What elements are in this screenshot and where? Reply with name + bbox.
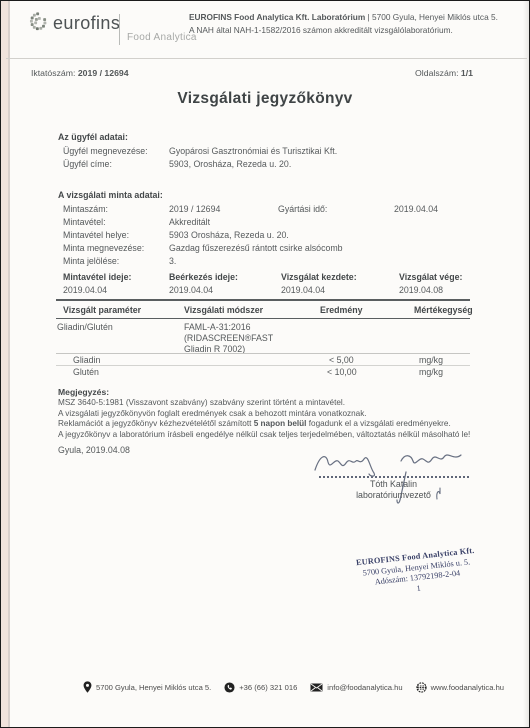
page-title: Vizsgálati jegyzőkönyv (1, 90, 529, 108)
location-pin-icon (83, 681, 92, 693)
signature-block: Tóth Katalin laboratóriumvezető (301, 448, 486, 501)
company-stamp: EUROFINS Food Analytica Kft. 5700 Gyula,… (331, 543, 503, 603)
brand-division: Food Analytica (127, 32, 197, 43)
table-group-method: FAML-A-31:2016 (RIDASCREEN®FAST Gliadin … (184, 322, 273, 355)
test-start-value: 2019.04.04 (281, 284, 399, 297)
test-end-value: 2019.04.08 (399, 284, 443, 297)
client-row: Ügyfél megnevezése: Gyopárosi Gasztronóm… (58, 145, 337, 158)
notes-heading: Megjegyzés: (58, 387, 488, 397)
method-line: FAML-A-31:2016 (184, 322, 273, 333)
arrival-date-label: Beérkezés ideje: (169, 271, 281, 284)
table-group-parameter: Gliadin/Glutén (57, 322, 113, 332)
sample-name-value: Gazdag fűszerezésű rántott csirke alsóco… (169, 242, 343, 255)
footer-website: www.foodanalytica.hu (416, 682, 504, 693)
scan-shadow (523, 1, 529, 727)
registration-number: Iktatószám: 2019 / 12694 (31, 68, 129, 78)
phone-icon (224, 682, 235, 693)
sampling-type-value: Akkreditált (169, 216, 210, 229)
dates-labels-row: Mintavétel ideje: Beérkezés ideje: Vizsg… (58, 271, 462, 284)
notes-line3-pre: Reklamációt a jegyzőkönyv kézhezvételétő… (58, 419, 254, 428)
table-header-parameter: Vizsgált paraméter (63, 305, 141, 315)
sample-number-value: 2019 / 12694 (169, 203, 278, 216)
result-row-unit: mg/kg (419, 355, 443, 365)
signer-name: Tóth Katalin (301, 479, 486, 490)
sample-row: Mintavétel helye: 5903 Orosháza, Rezeda … (58, 229, 438, 242)
result-row-parameter: Gliadin (73, 355, 100, 365)
client-address-value: 5903, Orosháza, Rezeda u. 20. (169, 158, 291, 171)
sample-marking-value: 3. (169, 255, 176, 268)
table-header-rule (56, 318, 470, 319)
footer-address-text: 5700 Gyula, Henyei Miklós utca 5. (96, 683, 211, 692)
table-top-rule (56, 299, 470, 301)
registration-number-label: Iktatószám: (31, 68, 78, 78)
arrival-date-value: 2019.04.04 (169, 284, 281, 297)
method-line: (RIDASCREEN®FAST (184, 333, 273, 344)
lab-address: | 5700 Gyula, Henyei Miklós utca 5. (365, 12, 498, 22)
result-row-result: < 5,00 (329, 355, 354, 365)
test-end-label: Vizsgálat vége: (399, 271, 462, 284)
notes-line: A vizsgálati jegyzőkönyvön foglalt eredm… (58, 409, 488, 419)
footer-phone: +36 (66) 321 016 (224, 682, 297, 693)
lab-address-block: EUROFINS Food Analytica Kft. Laboratóriu… (189, 11, 524, 37)
footer-phone-text: +36 (66) 321 016 (239, 683, 297, 692)
table-row-rule-faint (56, 365, 470, 366)
logo-divider (119, 14, 120, 45)
scan-edge-line (8, 1, 10, 727)
sample-name-label: Minta megnevezése: (63, 242, 169, 255)
page-number-label: Oldalszám: (415, 68, 461, 78)
result-row-parameter: Glutén (73, 367, 99, 377)
lab-name: EUROFINS Food Analytica Kft. Laboratóriu… (189, 12, 365, 22)
production-date-value: 2019.04.04 (394, 203, 438, 216)
pen-mark-icon (435, 487, 443, 500)
sampling-date-label: Mintavétel ideje: (63, 271, 169, 284)
lab-accreditation-line: A NAH által NAH-1-1582/2016 számon akkre… (189, 24, 524, 37)
sample-row: Minta megnevezése: Gazdag fűszerezésű rá… (58, 242, 438, 255)
place-and-date: Gyula, 2019.04.08 (58, 445, 130, 455)
signer-title-text: laboratóriumvezető (356, 490, 431, 500)
result-row-unit: mg/kg (419, 367, 443, 377)
client-data-section: Az ügyfél adatai: Ügyfél megnevezése: Gy… (58, 131, 337, 171)
notes-line3-post: fogadunk el a vizsgálati eredményekre. (306, 419, 450, 428)
table-header-unit: Mértékegység (414, 305, 473, 315)
notes-line3-deadline: 5 napon belül (254, 419, 307, 428)
footer-contact-bar: 5700 Gyula, Henyei Miklós utca 5. +36 (6… (83, 681, 504, 693)
result-row-result: < 10,00 (327, 367, 357, 377)
client-row: Ügyfél címe: 5903, Orosháza, Rezeda u. 2… (58, 158, 337, 171)
signature-line (319, 476, 469, 478)
page-number: Oldalszám: 1/1 (415, 68, 473, 78)
scanned-lab-report-page: eurofins Food Analytica EUROFINS Food An… (0, 0, 530, 728)
sample-row: Minta jelölése: 3. (58, 255, 438, 268)
test-start-label: Vizsgálat kezdete: (281, 271, 399, 284)
sampling-place-value: 5903 Orosháza, Rezeda u. 20. (169, 229, 289, 242)
scan-edge-artifact (1, 1, 8, 727)
footer-email-text: info@foodanalytica.hu (327, 683, 402, 692)
sample-number-label: Mintaszám: (63, 203, 169, 216)
sampling-place-label: Mintavétel helye: (63, 229, 169, 242)
notes-line: A jegyzőkönyv a laboratórium írásbeli en… (58, 430, 488, 440)
signer-title: laboratóriumvezető (301, 490, 486, 501)
client-section-heading: Az ügyfél adatai: (58, 131, 337, 144)
sample-row: Mintaszám: 2019 / 12694 Gyártási idő: 20… (58, 203, 438, 216)
footer-website-text: www.foodanalytica.hu (431, 683, 504, 692)
registration-number-value: 2019 / 12694 (78, 68, 129, 78)
page-number-value: 1/1 (461, 68, 473, 78)
sample-data-section: A vizsgálati minta adatai: Mintaszám: 20… (58, 189, 438, 268)
eurofins-swirl-icon (27, 11, 50, 34)
sample-section-heading: A vizsgálati minta adatai: (58, 189, 438, 202)
dates-block: Mintavétel ideje: Beérkezés ideje: Vizsg… (58, 271, 462, 297)
table-row-rule (56, 353, 470, 354)
notes-line: MSZ 3640-5:1981 (Visszavont szabvány) sz… (58, 398, 488, 408)
sample-marking-label: Minta jelölése: (63, 255, 169, 268)
brand-wordmark: eurofins (53, 13, 120, 34)
notes-section: Megjegyzés: MSZ 3640-5:1981 (Visszavont … (58, 387, 488, 440)
footer-email: info@foodanalytica.hu (310, 683, 402, 692)
sample-row: Mintavétel: Akkreditált (58, 216, 438, 229)
header-divider (6, 58, 527, 59)
table-header-method: Vizsgálati módszer (184, 305, 263, 315)
footer-address: 5700 Gyula, Henyei Miklós utca 5. (83, 681, 211, 693)
email-icon (310, 683, 323, 692)
client-name-value: Gyopárosi Gasztronómiai és Turisztikai K… (169, 145, 337, 158)
notes-line: Reklamációt a jegyzőkönyv kézhezvételétő… (58, 419, 488, 429)
production-date-label: Gyártási idő: (278, 203, 394, 216)
client-name-label: Ügyfél megnevezése: (63, 145, 169, 158)
lab-address-line1: EUROFINS Food Analytica Kft. Laboratóriu… (189, 11, 524, 24)
globe-icon (416, 682, 427, 693)
sampling-type-label: Mintavétel: (63, 216, 169, 229)
table-header-result: Eredmény (320, 305, 363, 315)
sampling-date-value: 2019.04.04 (63, 284, 169, 297)
dates-values-row: 2019.04.04 2019.04.04 2019.04.04 2019.04… (58, 284, 462, 297)
client-address-label: Ügyfél címe: (63, 158, 169, 171)
